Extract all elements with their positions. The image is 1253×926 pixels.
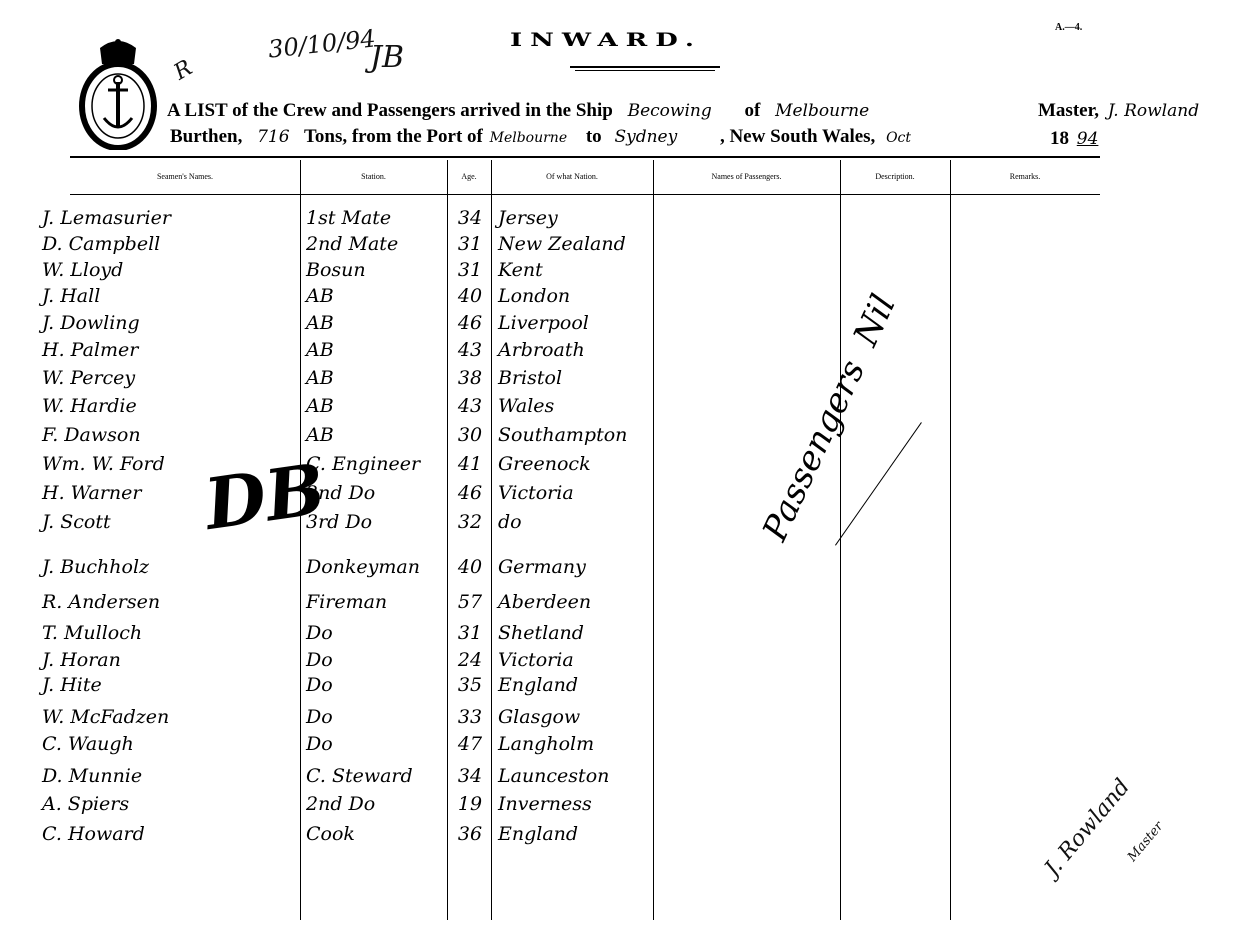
station: Cook <box>306 822 355 846</box>
age: 38 <box>453 366 487 390</box>
table-row: H. Palmer AB 43 Arbroath <box>0 338 1100 362</box>
master-name: J. Rowland <box>1108 101 1199 121</box>
nation: New Zealand <box>498 232 626 256</box>
seaman-name: H. Warner <box>42 481 142 505</box>
header-line-voyage: Burthen, 716 Tons, from the Port of Melb… <box>170 126 911 148</box>
nation: Shetland <box>498 621 584 645</box>
nation: Launceston <box>498 764 609 788</box>
table-row: J. Hite Do 35 England <box>0 673 1100 697</box>
royal-crest-anchor-icon <box>78 38 158 150</box>
table-row: W. Lloyd Bosun 31 Kent <box>0 258 1100 282</box>
station: AB <box>306 423 334 447</box>
age: 31 <box>453 232 487 256</box>
master-signature-title: Master <box>1125 819 1167 865</box>
age: 35 <box>453 673 487 697</box>
seaman-name: D. Munnie <box>42 764 142 788</box>
handwritten-mark: R <box>170 56 197 86</box>
age: 41 <box>453 452 487 476</box>
nation: Glasgow <box>498 705 580 729</box>
nation: Greenock <box>498 452 591 476</box>
seaman-name: W. Percey <box>42 366 135 390</box>
station: C. Engineer <box>306 452 420 476</box>
nsw-label: , New South Wales, <box>720 126 875 147</box>
list-prefix: A LIST of the Crew and Passengers arrive… <box>167 100 613 121</box>
nation: Victoria <box>498 481 574 505</box>
header-age: Age. <box>447 172 491 181</box>
title-underline <box>575 70 715 71</box>
handwritten-date: 30/10/94 <box>267 24 377 63</box>
age: 57 <box>453 590 487 614</box>
to-port: Sydney <box>614 127 677 147</box>
of-label: of <box>744 100 760 121</box>
nation: Liverpool <box>498 311 589 335</box>
seaman-name: J. Dowling <box>42 311 140 335</box>
nation: Inverness <box>498 792 592 816</box>
year-line: 18 94 <box>1050 128 1098 150</box>
nation: Victoria <box>498 648 574 672</box>
station: 2nd Mate <box>306 232 398 256</box>
age: 32 <box>453 510 487 534</box>
age: 43 <box>453 338 487 362</box>
nation: London <box>498 284 570 308</box>
seaman-name: D. Campbell <box>42 232 160 256</box>
age: 24 <box>453 648 487 672</box>
master-label: Master, <box>1038 100 1099 121</box>
seaman-name: W. Lloyd <box>42 258 123 282</box>
seaman-name: W. McFadzen <box>42 705 169 729</box>
station: AB <box>306 311 334 335</box>
header-remarks: Remarks. <box>950 172 1100 181</box>
nation: England <box>498 673 578 697</box>
header-station: Station. <box>300 172 447 181</box>
seaman-name: H. Palmer <box>42 338 138 362</box>
seaman-name: J. Lemasurier <box>42 206 171 230</box>
age: 46 <box>453 481 487 505</box>
nation: Aberdeen <box>498 590 591 614</box>
age: 31 <box>453 621 487 645</box>
nation: Bristol <box>498 366 562 390</box>
seaman-name: W. Hardie <box>42 394 137 418</box>
from-port: Melbourne <box>490 130 568 146</box>
table-row: H. Warner 2nd Do 46 Victoria <box>0 481 1100 505</box>
seaman-name: C. Howard <box>42 822 145 846</box>
station: 1st Mate <box>306 206 391 230</box>
station: AB <box>306 338 334 362</box>
ship-home-port: Melbourne <box>775 101 869 121</box>
table-row: D. Munnie C. Steward 34 Launceston <box>0 764 1100 788</box>
seaman-name: R. Andersen <box>42 590 160 614</box>
seaman-name: C. Waugh <box>42 732 134 756</box>
seaman-name: J. Scott <box>42 510 111 534</box>
station: 2nd Do <box>306 792 375 816</box>
age: 36 <box>453 822 487 846</box>
age: 46 <box>453 311 487 335</box>
burthen-label: Burthen, <box>170 126 242 147</box>
master-line: Master, J. Rowland <box>1038 100 1199 122</box>
table-row: J. Dowling AB 46 Liverpool <box>0 311 1100 335</box>
table-row: J. Scott 3rd Do 32 do <box>0 510 1100 534</box>
nation: Kent <box>498 258 543 282</box>
burthen-value: 716 <box>257 127 289 147</box>
station: AB <box>306 284 334 308</box>
table-row: F. Dawson AB 30 Southampton <box>0 423 1100 447</box>
station: C. Steward <box>306 764 413 788</box>
nation: Arbroath <box>498 338 585 362</box>
table-row: J. Horan Do 24 Victoria <box>0 648 1100 672</box>
age: 34 <box>453 206 487 230</box>
table-row: W. Hardie AB 43 Wales <box>0 394 1100 418</box>
title-underline <box>570 66 720 68</box>
table-row: C. Howard Cook 36 England <box>0 822 1100 846</box>
nation: Wales <box>498 394 554 418</box>
year-prefix: 18 <box>1050 128 1069 149</box>
seaman-name: A. Spiers <box>42 792 129 816</box>
table-row: T. Mulloch Do 31 Shetland <box>0 621 1100 645</box>
table-top-rule <box>70 156 1100 158</box>
seaman-name: J. Hall <box>42 284 100 308</box>
seaman-name: J. Hite <box>42 673 102 697</box>
age: 40 <box>453 555 487 579</box>
station: Donkeyman <box>306 555 420 579</box>
station: Do <box>306 673 333 697</box>
header-line-ship: A LIST of the Crew and Passengers arrive… <box>167 100 869 122</box>
table-row: W. McFadzen Do 33 Glasgow <box>0 705 1100 729</box>
table-header-rule <box>70 194 1100 195</box>
form-reference: A.—4. <box>1055 22 1082 33</box>
seaman-name: J. Horan <box>42 648 121 672</box>
age: 31 <box>453 258 487 282</box>
seaman-name: T. Mulloch <box>42 621 142 645</box>
station: Bosun <box>306 258 366 282</box>
station: Do <box>306 621 333 645</box>
header-passenger-names: Names of Passengers. <box>653 172 840 181</box>
nation: do <box>498 510 522 534</box>
age: 33 <box>453 705 487 729</box>
stamp-mark: DB <box>200 447 330 546</box>
age: 47 <box>453 732 487 756</box>
station: Do <box>306 648 333 672</box>
nation: Germany <box>498 555 586 579</box>
table-row: J. Buchholz Donkeyman 40 Germany <box>0 555 1100 579</box>
seaman-name: F. Dawson <box>42 423 141 447</box>
age: 40 <box>453 284 487 308</box>
table-row: R. Andersen Fireman 57 Aberdeen <box>0 590 1100 614</box>
month: Oct <box>886 130 911 146</box>
table-row: J. Lemasurier 1st Mate 34 Jersey <box>0 206 1100 230</box>
station: Do <box>306 705 333 729</box>
header-description: Description. <box>840 172 950 181</box>
age: 43 <box>453 394 487 418</box>
nation: Southampton <box>498 423 627 447</box>
header-seamens-names: Seamen's Names. <box>70 172 300 181</box>
nation: Jersey <box>498 206 558 230</box>
station: AB <box>306 394 334 418</box>
table-row: D. Campbell 2nd Mate 31 New Zealand <box>0 232 1100 256</box>
tons-from-label: Tons, from the Port of <box>304 126 483 147</box>
table-row: J. Hall AB 40 London <box>0 284 1100 308</box>
seaman-name: Wm. W. Ford <box>42 452 165 476</box>
table-row: C. Waugh Do 47 Langholm <box>0 732 1100 756</box>
to-label: to <box>586 126 602 147</box>
header-nation: Of what Nation. <box>491 172 653 181</box>
station: AB <box>306 366 334 390</box>
station: Fireman <box>306 590 387 614</box>
table-row: Wm. W. Ford C. Engineer 41 Greenock <box>0 452 1100 476</box>
ship-name: Becowing <box>628 101 712 121</box>
table-row: A. Spiers 2nd Do 19 Inverness <box>0 792 1100 816</box>
age: 34 <box>453 764 487 788</box>
year-suffix: 94 <box>1077 129 1099 149</box>
page-title: INWARD. <box>510 30 702 51</box>
table-row: W. Percey AB 38 Bristol <box>0 366 1100 390</box>
station: Do <box>306 732 333 756</box>
age: 30 <box>453 423 487 447</box>
age: 19 <box>453 792 487 816</box>
handwritten-initials: JB <box>370 40 404 75</box>
nation: England <box>498 822 578 846</box>
seaman-name: J. Buchholz <box>42 555 149 579</box>
nation: Langholm <box>498 732 594 756</box>
